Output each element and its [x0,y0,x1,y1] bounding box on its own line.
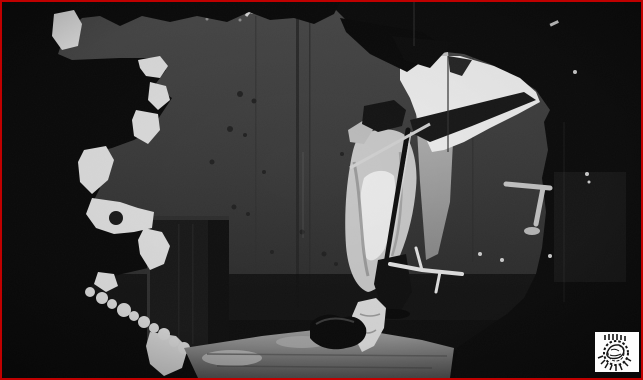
circular-stamp-watermark [595,332,639,372]
vignette-overlay [2,2,641,378]
film-frame [0,0,643,380]
film-still-scene [2,2,641,378]
